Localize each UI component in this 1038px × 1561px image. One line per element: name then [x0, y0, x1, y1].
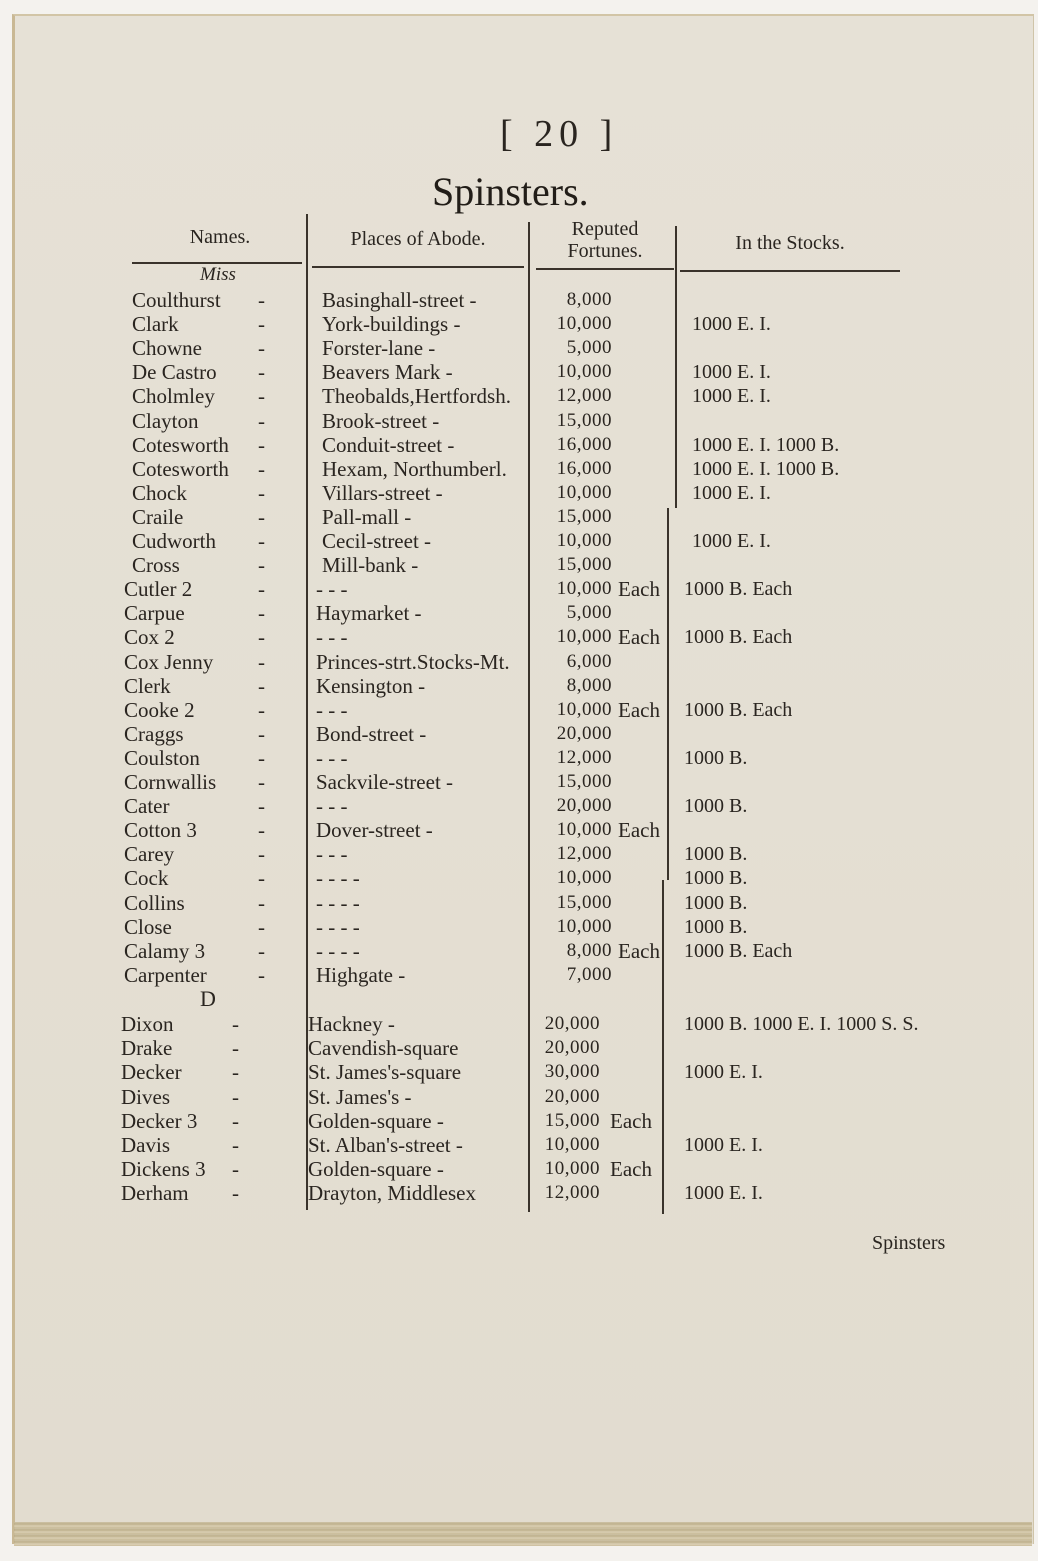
place-of-abode: Sackvile-street - [316, 770, 453, 794]
stock-holdings: 1000 B. [684, 842, 747, 866]
stock-holdings: 1000 B. [684, 891, 747, 915]
spinster-name: Craile [132, 505, 183, 529]
column-header-fortunes-line2: Fortunes. [538, 240, 672, 262]
spinster-name: Cotton 3 [124, 818, 197, 842]
leader-dash: - [258, 650, 265, 674]
spinster-name: Carpenter [124, 963, 207, 987]
place-of-abode: Cecil-street - [322, 529, 431, 553]
place-of-abode: Golden-square - [308, 1109, 444, 1133]
reputed-fortune: 10,000 [526, 915, 612, 939]
spinster-name: Drake [121, 1036, 172, 1060]
table-row: Decker 3-Golden-square -15,000Each [0, 1109, 1038, 1133]
stock-holdings: 1000 B. [684, 866, 747, 890]
table-row: Cholmley-Theobalds,Hertfordsh.12,0001000… [0, 384, 1038, 408]
place-of-abode: Golden-square - [308, 1157, 444, 1181]
table-row: Clayton-Brook-street -15,000 [0, 409, 1038, 433]
spinster-name: Cooke 2 [124, 698, 195, 722]
leader-dash: - [232, 1181, 239, 1205]
reputed-fortune: 15,000 [514, 1109, 600, 1133]
place-of-abode: Beavers Mark - [322, 360, 453, 384]
table-row: Derham-Drayton, Middlesex12,0001000 E. I… [0, 1181, 1038, 1205]
table-row: Cotton 3-Dover-street -10,000Each [0, 818, 1038, 842]
spinster-name: Carpue [124, 601, 185, 625]
table-row: Cox 2-- - -10,000Each1000 B. Each [0, 625, 1038, 649]
leader-dash: - [258, 842, 265, 866]
spinster-name: Carey [124, 842, 174, 866]
table-row: Chock-Villars-street -10,0001000 E. I. [0, 481, 1038, 505]
spinster-name: Calamy 3 [124, 939, 205, 963]
spinster-name: Dixon [121, 1012, 174, 1036]
leader-dash: - [258, 360, 265, 384]
stock-holdings: 1000 E. I. [684, 1060, 763, 1084]
place-of-abode: Brook-street - [322, 409, 439, 433]
miss-prefix: Miss [200, 264, 236, 286]
fortune-each-label: Each [618, 625, 660, 649]
reputed-fortune: 8,000 [526, 939, 612, 963]
table-row: Cotesworth-Conduit-street -16,0001000 E.… [0, 433, 1038, 457]
reputed-fortune: 10,000 [526, 312, 612, 336]
fortune-each-label: Each [610, 1109, 652, 1133]
place-of-abode: Theobalds,Hertfordsh. [322, 384, 511, 408]
reputed-fortune: 16,000 [526, 457, 612, 481]
reputed-fortune: 15,000 [526, 409, 612, 433]
leader-dash: - [232, 1036, 239, 1060]
spinster-name: Decker 3 [121, 1109, 197, 1133]
table-row: Decker-St. James's-square30,0001000 E. I… [0, 1060, 1038, 1084]
place-of-abode: Forster-lane - [322, 336, 435, 360]
reputed-fortune: 8,000 [526, 674, 612, 698]
reputed-fortune: 10,000 [526, 577, 612, 601]
place-of-abode: Kensington - [316, 674, 425, 698]
place-of-abode: - - - [316, 577, 347, 601]
place-of-abode: Mill-bank - [322, 553, 418, 577]
leader-dash: - [258, 433, 265, 457]
fortune-each-label: Each [618, 577, 660, 601]
place-of-abode: Hackney - [308, 1012, 395, 1036]
place-of-abode: St. James's-square [308, 1060, 461, 1084]
table-row: Coulthurst-Basinghall-street -8,000 [0, 288, 1038, 312]
reputed-fortune: 8,000 [526, 288, 612, 312]
leader-dash: - [258, 770, 265, 794]
leader-dash: - [258, 312, 265, 336]
spinster-name: Cutler 2 [124, 577, 192, 601]
stock-holdings: 1000 B. [684, 915, 747, 939]
reputed-fortune: 20,000 [514, 1012, 600, 1036]
reputed-fortune: 20,000 [514, 1036, 600, 1060]
reputed-fortune: 10,000 [526, 529, 612, 553]
spinster-name: Clayton [132, 409, 199, 433]
leader-dash: - [258, 698, 265, 722]
header-rule-stocks [680, 270, 900, 272]
fortune-each-label: Each [610, 1157, 652, 1181]
reputed-fortune: 10,000 [514, 1157, 600, 1181]
reputed-fortune: 15,000 [526, 891, 612, 915]
place-of-abode: - - - [316, 746, 347, 770]
leader-dash: - [258, 674, 265, 698]
table-row: Cock-- - - -10,0001000 B. [0, 866, 1038, 890]
spinster-name: Cotesworth [132, 457, 229, 481]
table-row: Craile-Pall-mall -15,000 [0, 505, 1038, 529]
stock-holdings: 1000 E. I. [692, 360, 771, 384]
leader-dash: - [232, 1060, 239, 1084]
leader-dash: - [232, 1133, 239, 1157]
table-row: Cooke 2-- - -10,000Each1000 B. Each [0, 698, 1038, 722]
spinster-name: Close [124, 915, 172, 939]
spinster-name: Chock [132, 481, 187, 505]
table-row: Craggs-Bond-street -20,000 [0, 722, 1038, 746]
leader-dash: - [232, 1109, 239, 1133]
table-row: Dixon-Hackney -20,0001000 B. 1000 E. I. … [0, 1012, 1038, 1036]
leader-dash: - [258, 529, 265, 553]
fortune-each-label: Each [618, 818, 660, 842]
spinster-name: Coulthurst [132, 288, 221, 312]
reputed-fortune: 12,000 [526, 746, 612, 770]
reputed-fortune: 15,000 [526, 553, 612, 577]
table-row: Carpue-Haymarket -5,000 [0, 601, 1038, 625]
table-row: Cox Jenny-Princes-strt.Stocks-Mt.6,000 [0, 650, 1038, 674]
stock-holdings: 1000 E. I. [692, 312, 771, 336]
reputed-fortune: 16,000 [526, 433, 612, 457]
table-row: Collins-- - - -15,0001000 B. [0, 891, 1038, 915]
table-row: Dives-St. James's -20,000 [0, 1085, 1038, 1109]
stock-holdings: 1000 B. Each [684, 577, 792, 601]
fortune-each-label: Each [618, 939, 660, 963]
reputed-fortune: 12,000 [526, 384, 612, 408]
spinster-name: Clark [132, 312, 179, 336]
reputed-fortune: 15,000 [526, 505, 612, 529]
table-row: Close-- - - -10,0001000 B. [0, 915, 1038, 939]
header-rule-abode [312, 266, 524, 268]
reputed-fortune: 30,000 [514, 1060, 600, 1084]
leader-dash: - [258, 746, 265, 770]
place-of-abode: Princes-strt.Stocks-Mt. [316, 650, 510, 674]
reputed-fortune: 20,000 [514, 1085, 600, 1109]
spinster-name: Coulston [124, 746, 200, 770]
table-row: Coulston-- - -12,0001000 B. [0, 746, 1038, 770]
spinster-name: Cock [124, 866, 168, 890]
table-row: Cross-Mill-bank -15,000 [0, 553, 1038, 577]
place-of-abode: Bond-street - [316, 722, 426, 746]
fortune-each-label: Each [618, 698, 660, 722]
reputed-fortune: 20,000 [526, 722, 612, 746]
reputed-fortune: 15,000 [526, 770, 612, 794]
stock-holdings: 1000 B. 1000 E. I. 1000 S. S. [684, 1012, 918, 1036]
page-edge [14, 1522, 1032, 1546]
place-of-abode: - - - - [316, 891, 360, 915]
table-row: Cotesworth-Hexam, Northumberl.16,0001000… [0, 457, 1038, 481]
table-row: Drake-Cavendish-square20,000 [0, 1036, 1038, 1060]
leader-dash: - [232, 1157, 239, 1181]
leader-dash: - [258, 336, 265, 360]
header-rule-fortunes [536, 268, 674, 270]
place-of-abode: Drayton, Middlesex [308, 1181, 476, 1205]
table-row: Carpenter-Highgate -7,000 [0, 963, 1038, 987]
place-of-abode: - - - - [316, 915, 360, 939]
reputed-fortune: 7,000 [526, 963, 612, 987]
stock-holdings: 1000 E. I. [684, 1181, 763, 1205]
spinster-name: Cross [132, 553, 180, 577]
place-of-abode: St. Alban's-street - [308, 1133, 463, 1157]
table-row: Carey-- - -12,0001000 B. [0, 842, 1038, 866]
place-of-abode: St. James's - [308, 1085, 412, 1109]
column-header-abode: Places of Abode. [318, 228, 518, 250]
leader-dash: - [258, 288, 265, 312]
place-of-abode: Villars-street - [322, 481, 443, 505]
place-of-abode: - - - [316, 842, 347, 866]
place-of-abode: Cavendish-square [308, 1036, 458, 1060]
reputed-fortune: 10,000 [526, 481, 612, 505]
stock-holdings: 1000 B. Each [684, 939, 792, 963]
spinster-name: Chowne [132, 336, 202, 360]
page-number: [ 20 ] [500, 112, 618, 156]
column-header-names: Names. [150, 226, 290, 248]
leader-dash: - [258, 457, 265, 481]
spinster-name: Craggs [124, 722, 184, 746]
table-row: Clark-York-buildings -10,0001000 E. I. [0, 312, 1038, 336]
reputed-fortune: 5,000 [526, 336, 612, 360]
stock-holdings: 1000 E. I. [692, 384, 771, 408]
leader-dash: - [258, 818, 265, 842]
leader-dash: - [258, 794, 265, 818]
place-of-abode: Dover-street - [316, 818, 433, 842]
leader-dash: - [258, 409, 265, 433]
stock-holdings: 1000 E. I. 1000 B. [692, 457, 839, 481]
table-row: Cutler 2-- - -10,000Each1000 B. Each [0, 577, 1038, 601]
spinster-name: Clerk [124, 674, 171, 698]
spinster-name: Cotesworth [132, 433, 229, 457]
place-of-abode: Conduit-street - [322, 433, 454, 457]
leader-dash: - [258, 939, 265, 963]
reputed-fortune: 10,000 [526, 625, 612, 649]
spinster-name: Dickens 3 [121, 1157, 206, 1181]
place-of-abode: Haymarket - [316, 601, 422, 625]
leader-dash: - [258, 481, 265, 505]
place-of-abode: - - - [316, 698, 347, 722]
place-of-abode: Highgate - [316, 963, 405, 987]
spinster-name: Cater [124, 794, 169, 818]
place-of-abode: - - - [316, 794, 347, 818]
table-row: De Castro-Beavers Mark -10,0001000 E. I. [0, 360, 1038, 384]
leader-dash: - [258, 577, 265, 601]
column-header-fortunes-line1: Reputed [538, 218, 672, 240]
catchword: Spinsters [872, 1232, 945, 1255]
leader-dash: - [258, 891, 265, 915]
reputed-fortune: 10,000 [526, 818, 612, 842]
spinster-name: Cox Jenny [124, 650, 213, 674]
table-row: Davis-St. Alban's-street -10,0001000 E. … [0, 1133, 1038, 1157]
spinster-name: Cudworth [132, 529, 216, 553]
reputed-fortune: 5,000 [526, 601, 612, 625]
leader-dash: - [258, 722, 265, 746]
leader-dash: - [258, 866, 265, 890]
table-row: Dickens 3-Golden-square -10,000Each [0, 1157, 1038, 1181]
place-of-abode: Hexam, Northumberl. [322, 457, 507, 481]
reputed-fortune: 12,000 [514, 1181, 600, 1205]
leader-dash: - [258, 553, 265, 577]
spinster-name: Dives [121, 1085, 170, 1109]
place-of-abode: Pall-mall - [322, 505, 411, 529]
table-row: Cater-- - -20,0001000 B. [0, 794, 1038, 818]
stock-holdings: 1000 E. I. [692, 529, 771, 553]
table-row: Clerk-Kensington -8,000 [0, 674, 1038, 698]
stock-holdings: 1000 E. I. [692, 481, 771, 505]
place-of-abode: York-buildings - [322, 312, 460, 336]
leader-dash: - [258, 505, 265, 529]
table-row: Calamy 3-- - - -8,000Each1000 B. Each [0, 939, 1038, 963]
section-letter-d: D [200, 986, 216, 1012]
stock-holdings: 1000 E. I. 1000 B. [692, 433, 839, 457]
spinster-name: Cox 2 [124, 625, 175, 649]
reputed-fortune: 6,000 [526, 650, 612, 674]
leader-dash: - [232, 1012, 239, 1036]
column-header-stocks: In the Stocks. [700, 232, 880, 254]
reputed-fortune: 10,000 [514, 1133, 600, 1157]
stock-holdings: 1000 B. [684, 794, 747, 818]
reputed-fortune: 20,000 [526, 794, 612, 818]
leader-dash: - [258, 915, 265, 939]
reputed-fortune: 12,000 [526, 842, 612, 866]
stock-holdings: 1000 B. [684, 746, 747, 770]
place-of-abode: Basinghall-street - [322, 288, 477, 312]
page-title: Spinsters. [432, 168, 589, 215]
place-of-abode: - - - [316, 625, 347, 649]
leader-dash: - [258, 601, 265, 625]
place-of-abode: - - - - [316, 939, 360, 963]
reputed-fortune: 10,000 [526, 360, 612, 384]
spinster-name: Collins [124, 891, 185, 915]
table-row: Cudworth-Cecil-street -10,0001000 E. I. [0, 529, 1038, 553]
column-header-fortunes: Reputed Fortunes. [538, 218, 672, 262]
reputed-fortune: 10,000 [526, 866, 612, 890]
spinster-name: Derham [121, 1181, 189, 1205]
leader-dash: - [258, 963, 265, 987]
spinster-name: Decker [121, 1060, 182, 1084]
spinster-name: Cholmley [132, 384, 215, 408]
stock-holdings: 1000 E. I. [684, 1133, 763, 1157]
table-row: Cornwallis-Sackvile-street -15,000 [0, 770, 1038, 794]
spinster-name: De Castro [132, 360, 217, 384]
leader-dash: - [258, 625, 265, 649]
reputed-fortune: 10,000 [526, 698, 612, 722]
spinster-name: Cornwallis [124, 770, 216, 794]
stock-holdings: 1000 B. Each [684, 698, 792, 722]
leader-dash: - [258, 384, 265, 408]
stock-holdings: 1000 B. Each [684, 625, 792, 649]
spinster-name: Davis [121, 1133, 170, 1157]
leader-dash: - [232, 1085, 239, 1109]
table-row: Chowne-Forster-lane -5,000 [0, 336, 1038, 360]
place-of-abode: - - - - [316, 866, 360, 890]
